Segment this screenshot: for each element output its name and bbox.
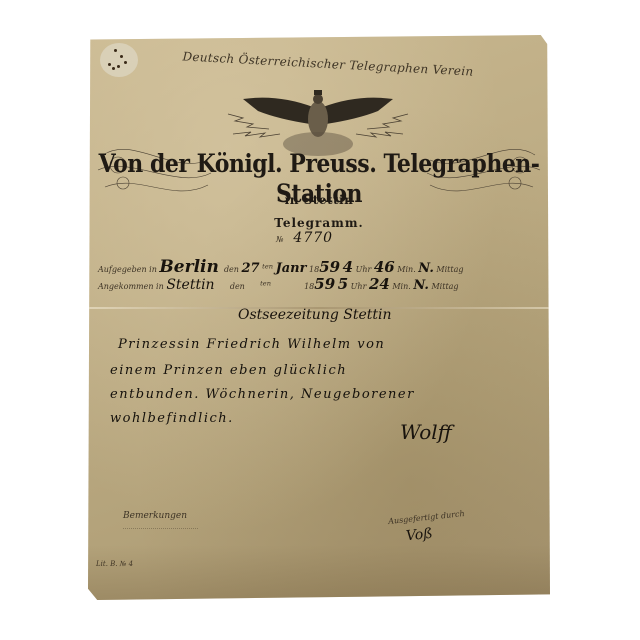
remarks-line: [123, 528, 198, 529]
form-title: Telegramm.: [88, 216, 550, 230]
number-label: №: [276, 235, 284, 244]
received-label: Angekommen in: [98, 282, 164, 291]
paper-stain: [100, 43, 138, 77]
telegram-number: № 4770: [276, 230, 333, 246]
received-hour: 5: [338, 275, 348, 293]
message-line-1: Prinzessin Friedrich Wilhelm von: [118, 337, 385, 352]
sent-day: 27: [242, 261, 260, 276]
message-line-2: einem Prinzen eben glücklich: [110, 363, 347, 378]
message-line-3: entbunden. Wöchnerin, Neugeborener: [110, 387, 415, 402]
received-year: 59: [314, 275, 335, 293]
received-mittag-label: Mittag: [431, 282, 458, 291]
sent-row: Aufgegeben in Berlin den 27 ten Janr 185…: [98, 257, 464, 277]
remarks-label: Bemerkungen: [123, 511, 187, 521]
message-line-4: wohlbefindlich.: [110, 411, 234, 426]
eagle-emblem-icon: [218, 79, 418, 159]
telegram-paper: Deutsch Österreichischer Telegraphen Ver…: [88, 35, 550, 600]
number-value: 4770: [293, 230, 333, 246]
received-uhr-label: Uhr: [351, 282, 367, 291]
received-den-label: den: [230, 282, 245, 291]
received-min-label: Min.: [392, 282, 410, 291]
sent-label: Aufgegeben in: [98, 265, 157, 274]
sent-city: Berlin: [159, 257, 218, 277]
sent-year-prefix: 18: [309, 265, 319, 274]
received-ten-label: ten: [260, 279, 271, 287]
sent-hour: 4: [343, 258, 353, 276]
sent-uhr-label: Uhr: [356, 265, 372, 274]
received-meridian: N.: [413, 278, 429, 293]
received-year-prefix: 18: [304, 282, 314, 291]
sent-year: 59: [319, 258, 340, 276]
station-location: in Stettin: [88, 193, 550, 207]
addressee: Ostseezeitung Stettin: [238, 307, 392, 323]
received-row: Angekommen in Stettin den ten 1859 5 Uhr…: [98, 275, 459, 293]
issued-by-signature: Voß: [405, 526, 433, 545]
received-city: Stettin: [166, 277, 214, 293]
sent-mittag-label: Mittag: [436, 265, 463, 274]
form-id: Lit. B. № 4: [96, 560, 133, 568]
sender-signature: Wolff: [400, 420, 452, 444]
association-header: Deutsch Österreichischer Telegraphen Ver…: [178, 49, 478, 79]
sent-ten-label: ten: [262, 262, 273, 270]
sent-min-label: Min.: [397, 265, 415, 274]
sent-meridian: N.: [418, 261, 434, 276]
received-minutes: 24: [369, 275, 390, 293]
sent-month: Janr: [276, 261, 307, 276]
sent-minutes: 46: [374, 258, 395, 276]
sent-den-label: den: [224, 265, 239, 274]
issued-by-label: Ausgefertigt durch: [388, 509, 465, 526]
